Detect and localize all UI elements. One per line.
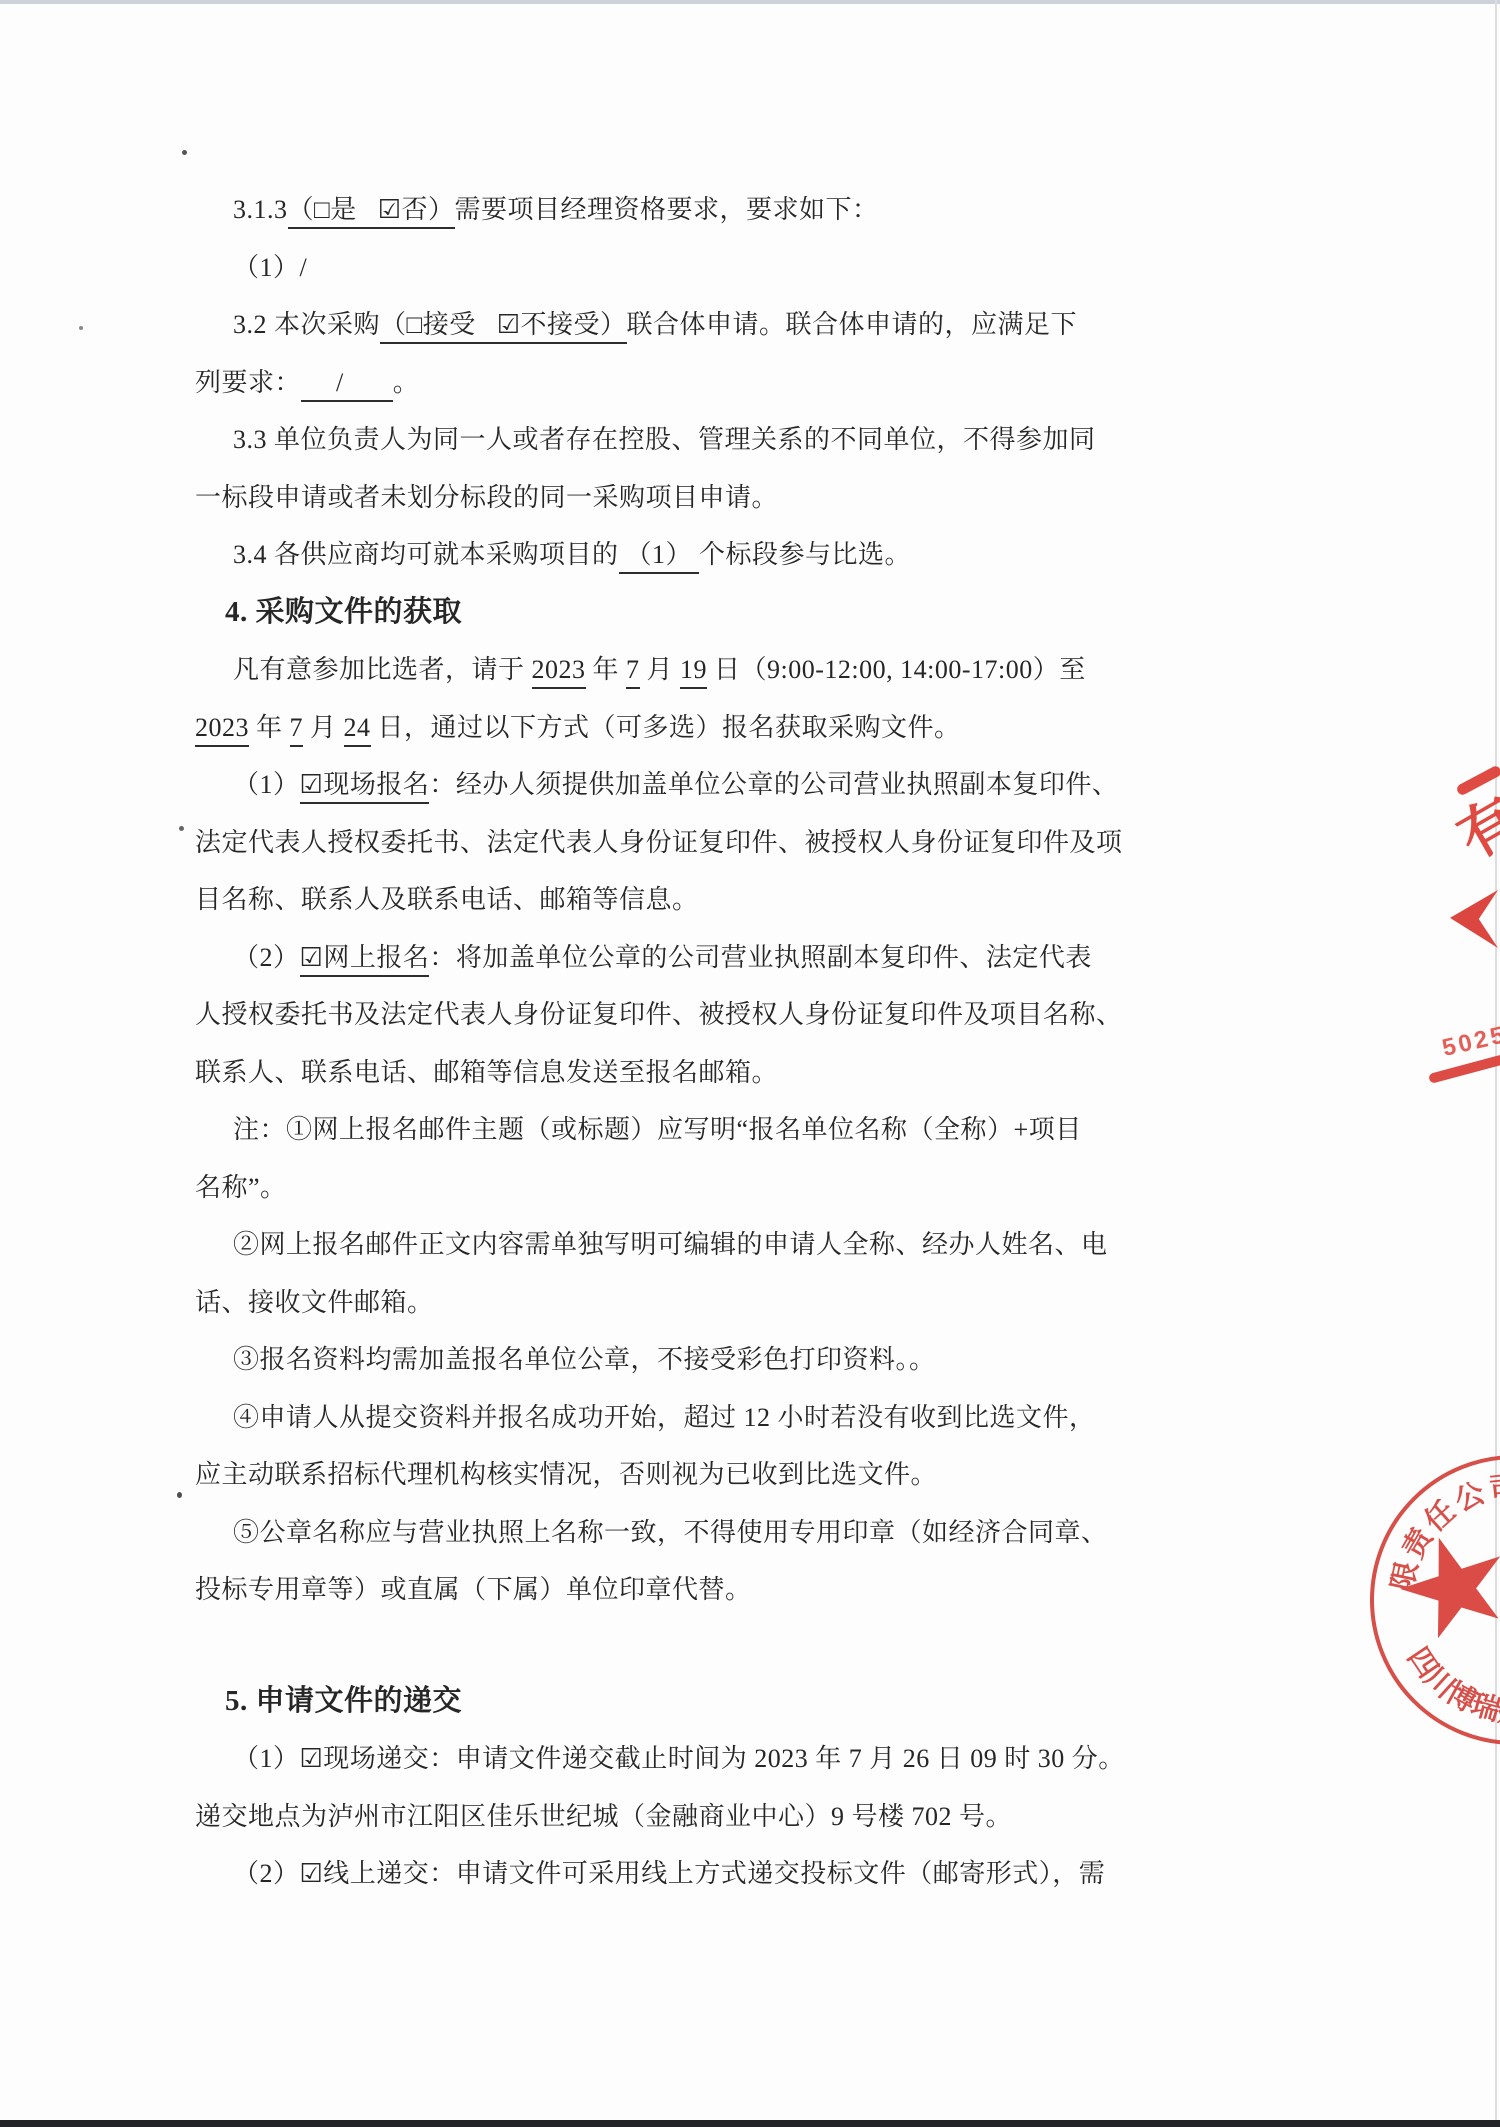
text-line: 人授权委托书及法定代表人身份证复印件、被授权人身份证复印件及项目名称、 <box>195 986 1115 1044</box>
stamp-arc-character: 司 <box>1488 1473 1500 1504</box>
scan-speckle <box>177 1492 182 1498</box>
text-line: 3.2 本次采购（□接受 ☑不接受）联合体申请。联合体申请的，应满足下 <box>195 296 1115 354</box>
text-line: 投标专用章等）或直属（下属）单位印章代替。 <box>195 1561 1115 1619</box>
red-stamp-lower: 限责任公司 四川博瑞建 <box>1370 1455 1500 1745</box>
text-segment: 一标段申请或者未划分标段的同一采购项目申请。 <box>195 483 778 512</box>
text-segment: 。 <box>393 368 420 397</box>
scan-speckle <box>79 326 83 330</box>
text-line: （1）☑现场报名：经办人须提供加盖单位公章的公司营业执照副本复印件、 <box>195 756 1115 814</box>
text-segment: 列要求： <box>195 368 301 397</box>
section-heading: 5. 申请文件的递交 <box>195 1673 1115 1731</box>
underlined-text: （1） <box>619 540 700 574</box>
text-segment: ④申请人从提交资料并报名成功开始，超过 12 小时若没有收到比选文件， <box>233 1403 1096 1432</box>
text-line: 凡有意参加比选者，请于 2023 年 7 月 19 日（9:00-12:00, … <box>195 641 1115 699</box>
text-segment: 投标专用章等）或直属（下属）单位印章代替。 <box>195 1575 752 1604</box>
text-segment: 凡有意参加比选者，请于 <box>233 655 532 684</box>
text-segment: 需要项目经理资格要求，要求如下： <box>455 195 879 224</box>
text-line: ⑤公章名称应与营业执照上名称一致，不得使用专用印章（如经济合同章、 <box>195 1504 1115 1562</box>
text-segment: （2） <box>233 943 300 972</box>
stamp-ring <box>1370 1455 1500 1745</box>
text-segment: 年 <box>249 713 290 742</box>
stamp-arc-character: 限 <box>1389 1560 1422 1593</box>
text-segment: 联系人、联系电话、邮箱等信息发送至报名邮箱。 <box>195 1058 778 1087</box>
underlined-text: 2023 <box>195 713 249 747</box>
document-page: 3.1.3（□是 ☑否）需要项目经理资格要求，要求如下：（1）/3.2 本次采购… <box>0 0 1500 2127</box>
underlined-text: 2023 <box>532 655 586 689</box>
stamp-arc-character: 川 <box>1420 1663 1460 1703</box>
stamp-serial-digits: 5025 <box>1440 1021 1500 1063</box>
text-segment: 个标段参与比选。 <box>699 540 911 569</box>
text-segment: 月 <box>303 713 344 742</box>
text-line: （1）☑现场递交：申请文件递交截止时间为 2023 年 7 月 26 日 09 … <box>195 1730 1115 1788</box>
scan-right-edge <box>1495 0 1497 2127</box>
scan-speckle <box>182 150 187 155</box>
text-segment: （2）☑线上递交：申请文件可采用线上方式递交投标文件（邮寄形式），需 <box>233 1859 1105 1888</box>
text-segment: ③报名资料均需加盖报名单位公章，不接受彩色打印资料。。 <box>233 1345 936 1374</box>
text-segment: 日，通过以下方式（可多选）报名获取采购文件。 <box>371 713 961 742</box>
stamp-arc-character: 博 <box>1442 1679 1480 1717</box>
text-line: ③报名资料均需加盖报名单位公章，不接受彩色打印资料。。 <box>195 1331 1115 1389</box>
text-segment: （1）☑现场递交：申请文件递交截止时间为 2023 年 7 月 26 日 09 … <box>233 1744 1125 1773</box>
underlined-text: ☑现场报名 <box>300 770 430 804</box>
text-line: 3.4 各供应商均可就本采购项目的 （1） 个标段参与比选。 <box>195 526 1115 584</box>
text-segment: 日（9:00-12:00, 14:00-17:00）至 <box>707 655 1086 684</box>
text-line: 话、接收文件邮箱。 <box>195 1274 1115 1332</box>
stamp-star-point <box>1450 890 1498 948</box>
underlined-text: 7 <box>290 713 304 747</box>
text-segment: 递交地点为泸州市江阳区佳乐世纪城（金融商业中心）9 号楼 702 号。 <box>195 1802 1012 1831</box>
underlined-text: （□是 ☑否） <box>288 195 455 229</box>
scan-speckle <box>179 826 184 831</box>
text-segment: 话、接收文件邮箱。 <box>195 1288 434 1317</box>
stamp-arc-character: 公 <box>1451 1479 1488 1516</box>
text-segment: 3.1.3 <box>233 195 288 224</box>
text-segment: ②网上报名邮件正文内容需单独写明可编辑的申请人全称、经办人姓名、电 <box>233 1230 1108 1259</box>
text-segment: 4. 采购文件的获取 <box>225 596 462 628</box>
stamp-character: 有 <box>1449 789 1500 868</box>
text-line: 递交地点为泸州市江阳区佳乐世纪城（金融商业中心）9 号楼 702 号。 <box>195 1788 1115 1846</box>
text-segment: 5. 申请文件的递交 <box>225 1685 462 1717</box>
text-line: ④申请人从提交资料并报名成功开始，超过 12 小时若没有收到比选文件， <box>195 1389 1115 1447</box>
text-segment: 3.2 本次采购 <box>233 310 380 339</box>
text-segment: 目名称、联系人及联系电话、邮箱等信息。 <box>195 885 699 914</box>
text-segment: 年 <box>586 655 627 684</box>
text-line: （2）☑线上递交：申请文件可采用线上方式递交投标文件（邮寄形式），需 <box>195 1845 1115 1903</box>
text-line: 注：①网上报名邮件主题（或标题）应写明“报名单位名称（全称）+项目 <box>195 1101 1115 1159</box>
stamp-arc-character: 责 <box>1399 1525 1437 1563</box>
text-line: 列要求： / 。 <box>195 354 1115 412</box>
text-segment: 人授权委托书及法定代表人身份证复印件、被授权人身份证复印件及项目名称、 <box>195 1000 1123 1029</box>
text-segment: （1）/ <box>233 253 307 282</box>
underlined-text: （□接受 ☑不接受） <box>380 310 627 344</box>
text-segment: ⑤公章名称应与营业执照上名称一致，不得使用专用印章（如经济合同章、 <box>233 1518 1108 1547</box>
text-segment: 法定代表人授权委托书、法定代表人身份证复印件、被授权人身份证复印件及项 <box>195 828 1123 857</box>
stamp-arc-character: 任 <box>1420 1497 1460 1537</box>
stamp-arc-character: 四 <box>1403 1643 1442 1682</box>
scan-bottom-edge <box>0 2120 1500 2127</box>
text-line: 名称”。 <box>195 1159 1115 1217</box>
text-line: 应主动联系招标代理机构核实情况，否则视为已收到比选文件。 <box>195 1446 1115 1504</box>
text-segment: ：经办人须提供加盖单位公章的公司营业执照副本复印件、 <box>429 770 1118 799</box>
text-segment: 3.4 各供应商均可就本采购项目的 <box>233 540 619 569</box>
text-segment: 月 <box>640 655 681 684</box>
text-segment: 3.3 单位负责人为同一人或者存在控股、管理关系的不同单位，不得参加同 <box>233 425 1096 454</box>
stamp-stroke <box>1455 764 1500 796</box>
underlined-text: 19 <box>680 655 707 689</box>
underlined-text: 7 <box>626 655 640 689</box>
red-stamp-upper: 有 5025 <box>1400 760 1500 1100</box>
text-line: 一标段申请或者未划分标段的同一采购项目申请。 <box>195 469 1115 527</box>
underlined-text: / <box>301 368 393 402</box>
stamp-star-icon <box>1386 1521 1500 1655</box>
text-segment: 注：①网上报名邮件主题（或标题）应写明“报名单位名称（全称）+项目 <box>233 1115 1082 1144</box>
text-line: 目名称、联系人及联系电话、邮箱等信息。 <box>195 871 1115 929</box>
section-heading: 4. 采购文件的获取 <box>195 584 1115 642</box>
text-line: （2）☑网上报名：将加盖单位公章的公司营业执照副本复印件、法定代表 <box>195 929 1115 987</box>
underlined-text: 24 <box>344 713 371 747</box>
document-lines: 3.1.3（□是 ☑否）需要项目经理资格要求，要求如下：（1）/3.2 本次采购… <box>195 181 1115 1903</box>
text-segment: ：将加盖单位公章的公司营业执照副本复印件、法定代表 <box>429 943 1092 972</box>
text-segment: 联合体申请。联合体申请的，应满足下 <box>627 310 1078 339</box>
stamp-arc-segment <box>1428 1054 1500 1084</box>
text-line: （1）/ <box>195 239 1115 297</box>
scan-top-edge <box>0 0 1500 4</box>
underlined-text: ☑网上报名 <box>300 943 430 977</box>
text-segment: 应主动联系招标代理机构核实情况，否则视为已收到比选文件。 <box>195 1460 937 1489</box>
text-line: 3.1.3（□是 ☑否）需要项目经理资格要求，要求如下： <box>195 181 1115 239</box>
text-line: ②网上报名邮件正文内容需单独写明可编辑的申请人全称、经办人姓名、电 <box>195 1216 1115 1274</box>
text-segment: （1） <box>233 770 300 799</box>
text-line: 2023 年 7 月 24 日，通过以下方式（可多选）报名获取采购文件。 <box>195 699 1115 757</box>
text-line: 法定代表人授权委托书、法定代表人身份证复印件、被授权人身份证复印件及项 <box>195 814 1115 872</box>
stamp-arc-character: 建 <box>1497 1697 1500 1726</box>
text-segment: 名称”。 <box>195 1173 287 1202</box>
text-line: 3.3 单位负责人为同一人或者存在控股、管理关系的不同单位，不得参加同 <box>195 411 1115 469</box>
text-line: 联系人、联系电话、邮箱等信息发送至报名邮箱。 <box>195 1044 1115 1102</box>
